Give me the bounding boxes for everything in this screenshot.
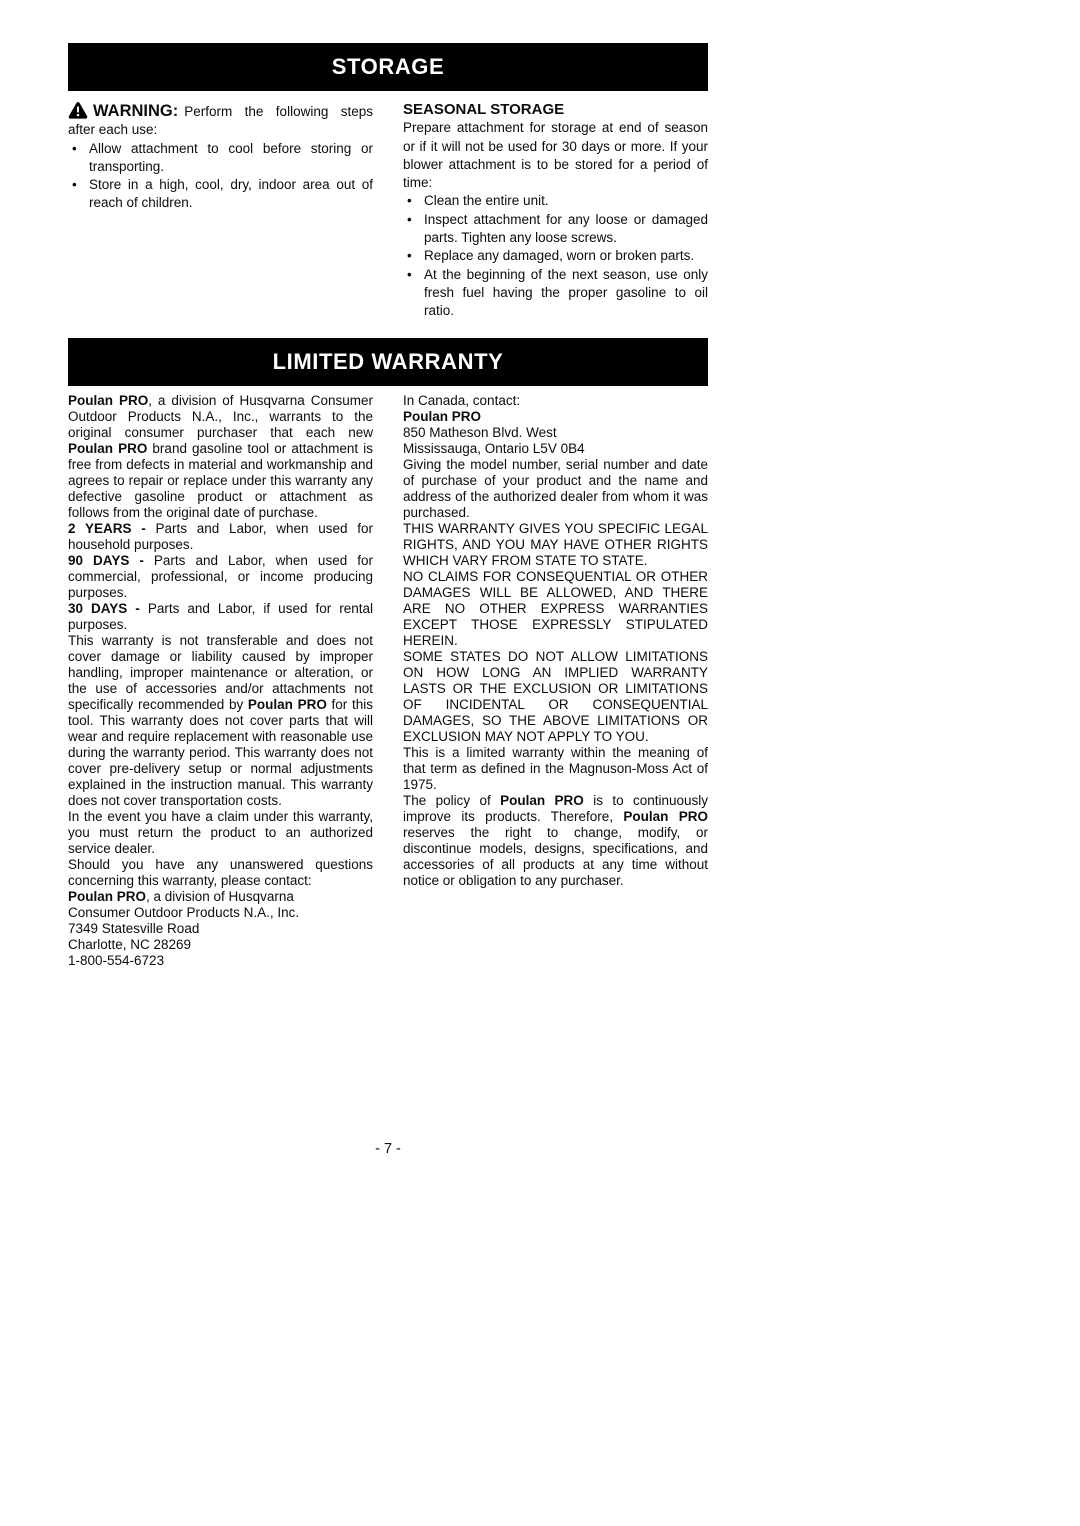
bullet-item: Replace any damaged, worn or broken part… [403,247,708,265]
bullet-item: Clean the entire unit. [403,192,708,210]
storage-columns: WARNING:Perform the following steps afte… [68,101,708,321]
canada-contact-city-line: Mississauga, Ontario L5V 0B4 [403,441,708,457]
canada-contact-street-line: 850 Matheson Blvd. West [403,425,708,441]
canada-contact-heading-line: In Canada, contact: [403,393,708,409]
warranty-section-bar: LIMITED WARRANTY [68,338,708,386]
warranty-title: LIMITED WARRANTY [273,349,504,375]
term-2-years-paragraph: 2 YEARS - Parts and Labor, when used for… [68,521,373,553]
policy-paragraph: The policy of Poulan PRO is to continuou… [403,793,708,889]
bullet-item: At the beginning of the next season, use… [403,266,708,321]
warranty-left-column: Poulan PRO, a division of Husqvarna Cons… [68,393,373,969]
warranty-claim-paragraph: In the event you have a claim under this… [68,809,373,857]
storage-title: STORAGE [332,54,445,80]
warning-triangle-icon [68,101,88,119]
storage-section-bar: STORAGE [68,43,708,91]
us-contact-name-line: Poulan PRO, a division of Husqvarna [68,889,373,905]
seasonal-intro-paragraph: Prepare attachment for storage at end of… [403,119,708,192]
storage-right-column: SEASONAL STORAGE Prepare attachment for … [403,101,708,321]
term-30-days-paragraph: 30 DAYS - Parts and Labor, if used for r… [68,601,373,633]
magnuson-moss-paragraph: This is a limited warranty within the me… [403,745,708,793]
term-90-days-paragraph: 90 DAYS - Parts and Labor, when used for… [68,553,373,601]
legal-rights-paragraph: THIS WARRANTY GIVES YOU SPECIFIC LEGAL R… [403,521,708,569]
storage-warning-bullet-list: Allow attachment to cool before storing … [68,140,373,213]
seasonal-bullet-list: Clean the entire unit. Inspect attachmen… [403,192,708,320]
us-contact-phone-line: 1-800-554-6723 [68,953,373,969]
warning-label: WARNING: [93,102,178,120]
no-claims-paragraph: NO CLAIMS FOR CONSEQUENTIAL OR OTHER DAM… [403,569,708,649]
giving-model-number-paragraph: Giving the model number, serial number a… [403,457,708,521]
us-contact-street-line: 7349 Statesville Road [68,921,373,937]
canada-contact-name-line: Poulan PRO [403,409,708,425]
us-contact-company-line: Consumer Outdoor Products N.A., Inc. [68,905,373,921]
storage-left-column: WARNING:Perform the following steps afte… [68,101,373,321]
bullet-item: Inspect attachment for any loose or dama… [403,211,708,248]
page-content: STORAGE WARNING:Perform the following st… [68,43,708,969]
warranty-right-column: In Canada, contact: Poulan PRO 850 Mathe… [403,393,708,969]
page-number: - 7 - [68,1141,708,1157]
some-states-paragraph: SOME STATES DO NOT ALLOW LIMITATIONS ON … [403,649,708,745]
manual-page: { "colors": { "bar_background": "#000000… [0,0,1080,1526]
warranty-questions-paragraph: Should you have any unanswered questions… [68,857,373,889]
bullet-item: Allow attachment to cool before storing … [68,140,373,177]
warranty-columns: Poulan PRO, a division of Husqvarna Cons… [68,393,708,969]
bullet-item: Store in a high, cool, dry, indoor area … [68,176,373,213]
warranty-intro-paragraph: Poulan PRO, a division of Husqvarna Cons… [68,393,373,521]
warranty-exclusions-paragraph: This warranty is not transferable and do… [68,633,373,809]
warning-paragraph: WARNING:Perform the following steps afte… [68,101,373,140]
seasonal-storage-heading: SEASONAL STORAGE [403,101,708,119]
us-contact-city-line: Charlotte, NC 28269 [68,937,373,953]
